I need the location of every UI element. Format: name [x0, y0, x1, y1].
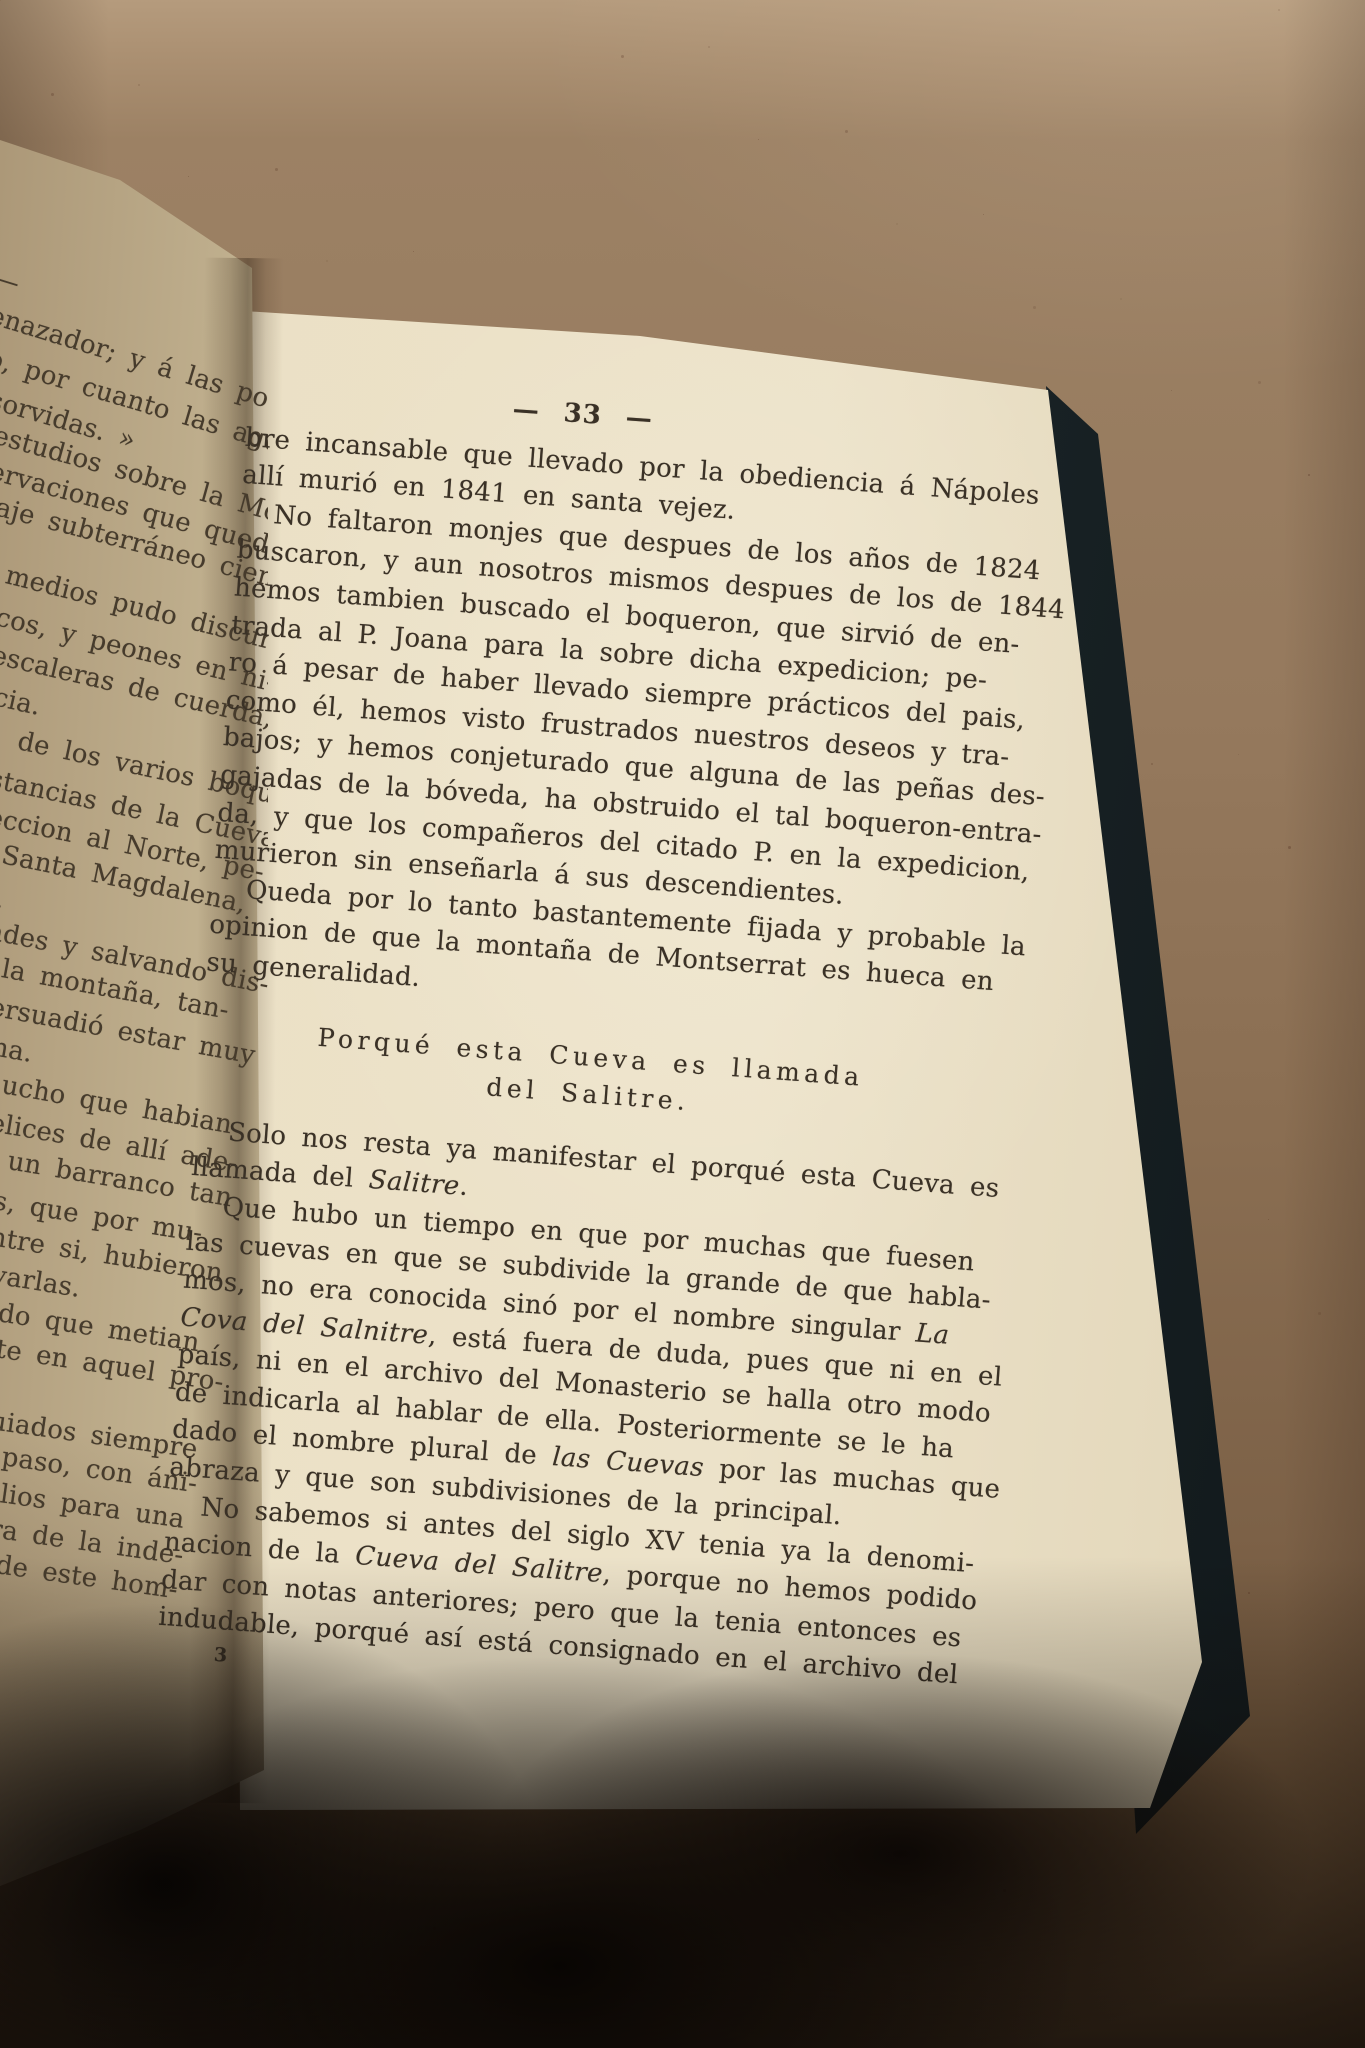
left-page-text-fragment: na.	[0, 1032, 35, 1069]
left-page-text-fragment: cia.	[0, 682, 44, 722]
left-page-text-fragment: .	[0, 884, 7, 915]
right-page-body-text: bre incansable que llevado por la obedie…	[157, 419, 1024, 1693]
book-photograph: —enazador; y á las poo, por cuanto las a…	[0, 0, 1365, 2048]
left-page-text-fragment: —	[0, 263, 23, 299]
right-page-text-column: — 33 — bre incansable que llevado por la…	[155, 372, 1028, 1719]
left-page-text-fragment: varlas.	[0, 1260, 83, 1304]
